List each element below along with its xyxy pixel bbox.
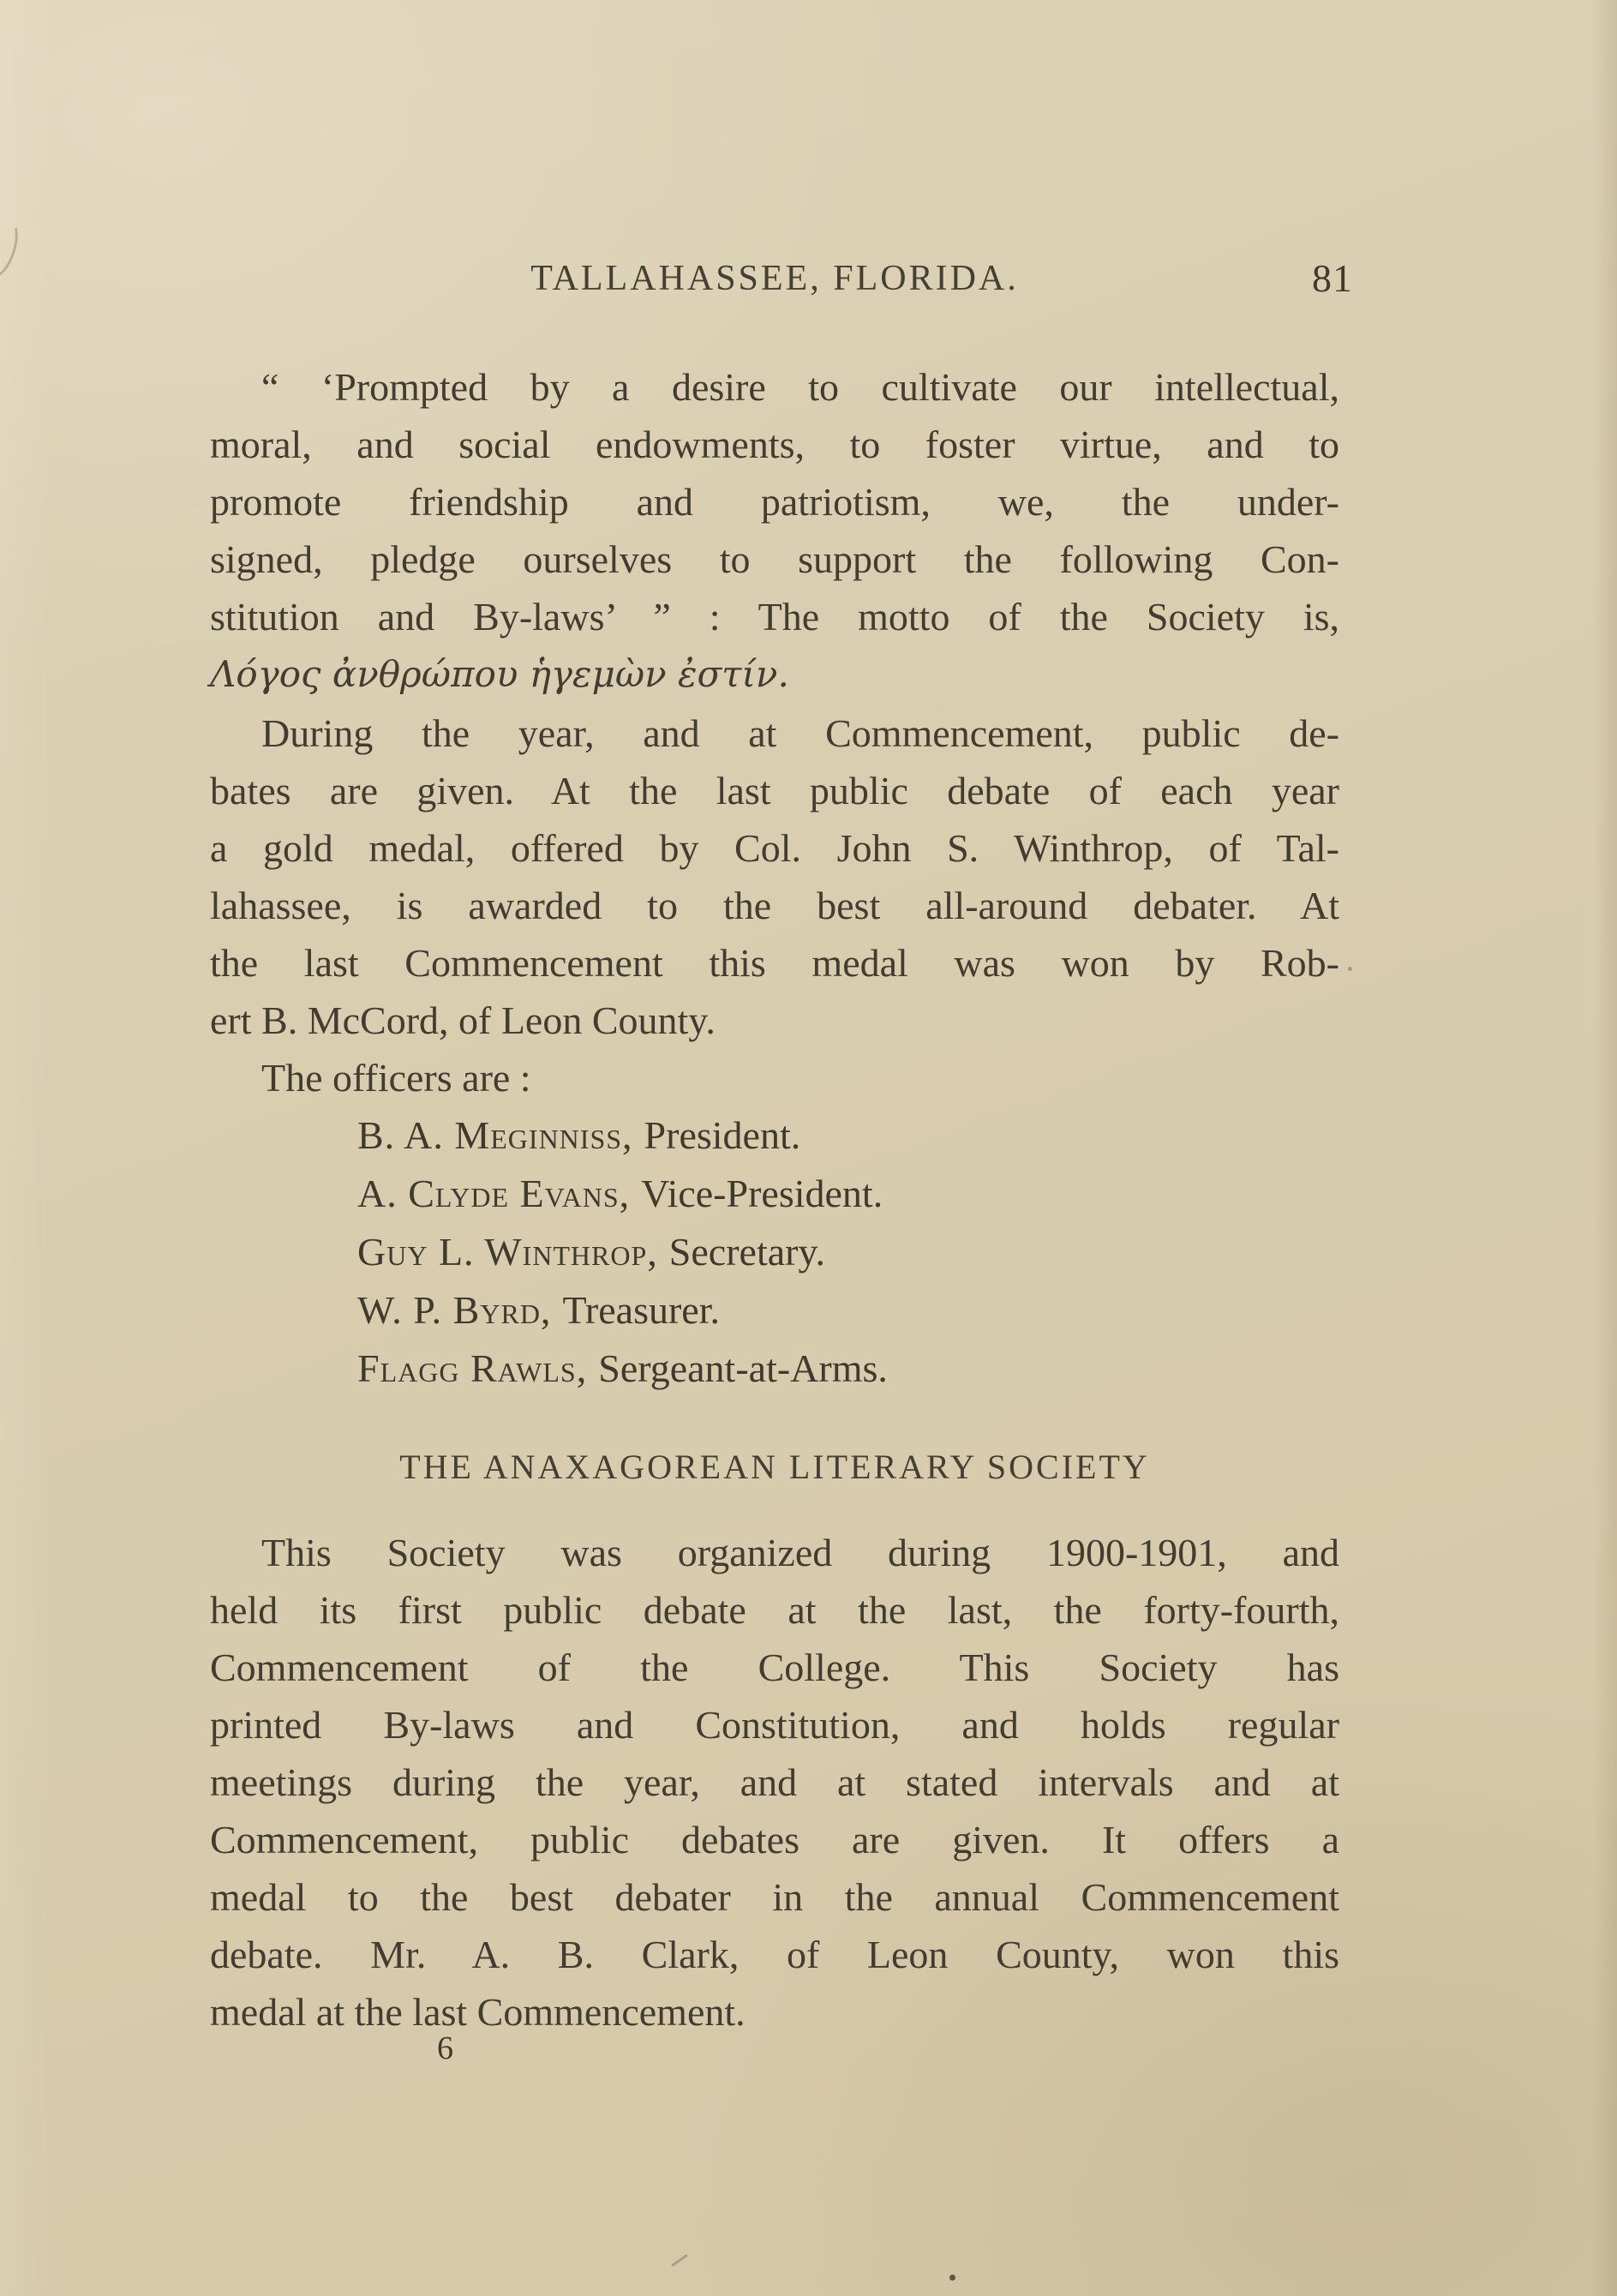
officer-entry: B. A. Meginniss,President. (210, 1106, 1339, 1165)
greek-motto: Λόγος ἀνθρώπου ἡγεμὼν ἐστίν. (210, 645, 1339, 703)
paragraph-constitution-pledge: “ ‘Prompted by a desire to cultivate our… (210, 358, 1339, 703)
text-line: “ ‘Prompted by a desire to cultivate our… (210, 358, 1339, 416)
text-line: This Society was organized during 1900-1… (210, 1524, 1339, 1581)
officers-intro: The officers are : (210, 1049, 1339, 1106)
officer-title: Sergeant-at-Arms. (598, 1346, 888, 1390)
paper-speck (949, 2275, 955, 2281)
running-head: TALLAHASSEE, FLORIDA. 81 (210, 257, 1339, 300)
text-line: During the year, and at Commencement, pu… (210, 704, 1339, 762)
officer-title: President. (644, 1113, 801, 1157)
book-page: TALLAHASSEE, FLORIDA. 81 “ ‘Prompted by … (0, 0, 1617, 2296)
text-line: signed, pledge ourselves to support the … (210, 531, 1339, 588)
text-line: the last Commencement this medal was won… (210, 934, 1339, 992)
officer-title: Vice-President. (641, 1172, 883, 1215)
text-line: debate. Mr. A. B. Clark, of Leon County,… (210, 1926, 1339, 1983)
text-line: a gold medal, offered by Col. John S. Wi… (210, 819, 1339, 877)
officer-name: Flagg Rawls, (357, 1346, 587, 1390)
text-line: printed By-laws and Constitution, and ho… (210, 1696, 1339, 1753)
text-line: Commencement, public debates are given. … (210, 1811, 1339, 1868)
officer-name: A. Clyde Evans, (357, 1172, 630, 1215)
officer-title: Treasurer. (562, 1288, 720, 1332)
section-heading: THE ANAXAGOREAN LITERARY SOCIETY (210, 1447, 1339, 1488)
officer-name: Guy L. Winthrop, (357, 1230, 658, 1274)
officer-name: B. A. Meginniss, (357, 1113, 633, 1157)
text-line: lahassee, is awarded to the best all-aro… (210, 877, 1339, 934)
paragraph-anaxagorean-society: This Society was organized during 1900-1… (210, 1524, 1339, 2041)
text-line: ert B. McCord, of Leon County. (210, 992, 1339, 1049)
page-curl-mark (0, 216, 24, 281)
text-line: medal to the best debater in the annual … (210, 1868, 1339, 1926)
text-line: meetings during the year, and at stated … (210, 1753, 1339, 1811)
officer-entry: A. Clyde Evans,Vice-President. (210, 1165, 1339, 1223)
paper-speck (1348, 967, 1352, 971)
officer-entry: W. P. Byrd,Treasurer. (210, 1281, 1339, 1340)
text-line: The officers are : (210, 1049, 1339, 1106)
text-line: moral, and social endowments, to foster … (210, 416, 1339, 473)
text-line: promote friendship and patriotism, we, t… (210, 473, 1339, 531)
officers-list: B. A. Meginniss,President. A. Clyde Evan… (210, 1106, 1339, 1398)
text-line: held its first public debate at the last… (210, 1581, 1339, 1639)
officer-entry: Guy L. Winthrop,Secretary. (210, 1223, 1339, 1281)
officer-name: W. P. Byrd, (357, 1288, 551, 1332)
officer-entry: Flagg Rawls,Sergeant-at-Arms. (210, 1340, 1339, 1398)
officer-title: Secretary. (669, 1230, 825, 1274)
signature-mark: 6 (437, 2029, 453, 2067)
paragraph-debates-medal: During the year, and at Commencement, pu… (210, 704, 1339, 1049)
paper-fiber-mark (671, 2254, 688, 2267)
text-line: bates are given. At the last public deba… (210, 762, 1339, 819)
text-line: stitution and By-laws’ ” : The motto of … (210, 588, 1339, 645)
page-number: 81 (1312, 257, 1353, 300)
running-title: TALLAHASSEE, FLORIDA. (530, 259, 1018, 298)
text-line: medal at the last Commencement. (210, 1983, 1339, 2041)
text-line: Commencement of the College. This Societ… (210, 1639, 1339, 1696)
